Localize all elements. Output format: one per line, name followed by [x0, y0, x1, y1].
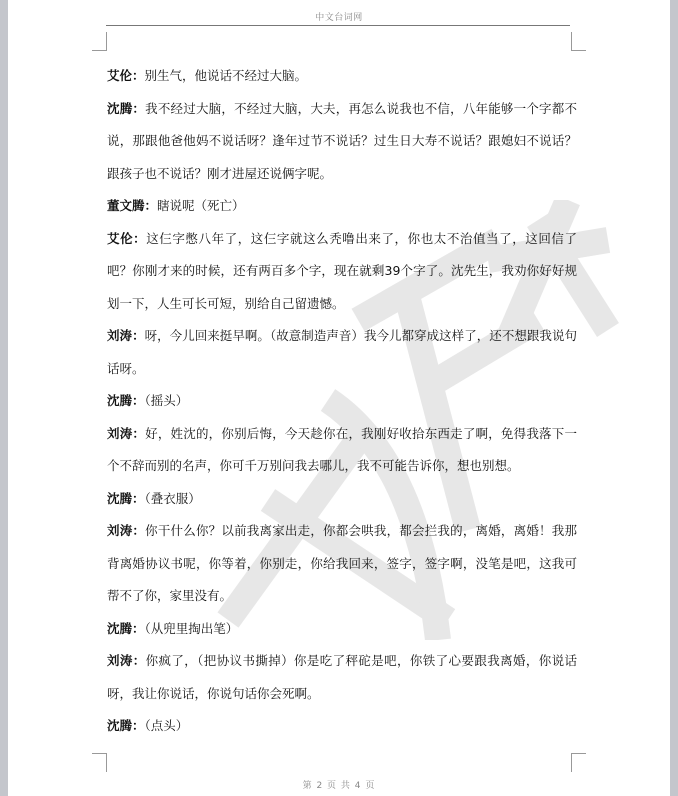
dialogue-line: 董文腾：瞎说呢（死亡） — [107, 190, 577, 223]
dialogue-text: 你干什么你？以前我离家出走，你都会哄我，都会拦我的，离婚，离婚！我那背离婚协议书… — [107, 523, 577, 603]
dialogue-line: 艾伦：这仨字憋八年了，这仨字就这么秃噜出来了，你也太不治值当了，这回信了吧？你刚… — [107, 223, 577, 321]
speaker-name: 艾伦： — [107, 231, 146, 246]
margin-mark-top-right — [571, 32, 586, 51]
dialogue-line: 艾伦：别生气，他说话不经过大脑。 — [107, 60, 577, 93]
dialogue-text: （点头） — [145, 718, 189, 733]
dialogue-line: 刘涛：你干什么你？以前我离家出走，你都会哄我，都会拦我的，离婚，离婚！我那背离婚… — [107, 515, 577, 613]
speaker-name: 刘涛： — [107, 653, 146, 668]
page-header-title: 中文台词网 — [8, 10, 670, 23]
dialogue-text: 好，姓沈的，你别后悔，今天趁你在，我刚好收拾东西走了啊，免得我落下一个不辞而别的… — [107, 426, 577, 474]
margin-mark-bottom-left — [92, 753, 107, 772]
document-body: 艾伦：别生气，他说话不经过大脑。 沈腾：我不经过大脑，不经过大脑，大夫，再怎么说… — [107, 60, 577, 743]
dialogue-text: 呀，今儿回来挺早啊。（故意制造声音）我今儿都穿成这样了，还不想跟我说句话呀。 — [107, 328, 577, 376]
dialogue-line: 沈腾：（叠衣服） — [107, 483, 577, 516]
speaker-name: 刘涛： — [107, 523, 145, 538]
dialogue-line: 刘涛：你疯了，（把协议书撕掉）你是吃了秤砣是吧，你铁了心要跟我离婚，你说话呀，我… — [107, 645, 577, 710]
dialogue-text: 你疯了，（把协议书撕掉）你是吃了秤砣是吧，你铁了心要跟我离婚，你说话呀，我让你说… — [107, 653, 577, 701]
speaker-name: 艾伦： — [107, 68, 145, 83]
dialogue-text: （摇头） — [145, 393, 189, 408]
margin-mark-top-left — [92, 32, 107, 51]
speaker-name: 刘涛： — [107, 328, 145, 343]
header-divider — [106, 25, 570, 26]
speaker-name: 沈腾： — [107, 621, 145, 636]
dialogue-line: 沈腾：（摇头） — [107, 385, 577, 418]
speaker-name: 沈腾： — [107, 101, 145, 116]
dialogue-text: （从兜里掏出笔） — [145, 621, 239, 636]
page-footer-pagination: 第 2 页 共 4 页 — [8, 778, 670, 791]
dialogue-text: 别生气，他说话不经过大脑。 — [145, 68, 308, 83]
dialogue-text: （叠衣服） — [145, 491, 201, 506]
dialogue-line: 刘涛：好，姓沈的，你别后悔，今天趁你在，我刚好收拾东西走了啊，免得我落下一个不辞… — [107, 418, 577, 483]
dialogue-text: 瞎说呢（死亡） — [157, 198, 245, 213]
margin-mark-bottom-right — [571, 753, 586, 772]
dialogue-text: 这仨字憋八年了，这仨字就这么秃噜出来了，你也太不治值当了，这回信了吧？你刚才来的… — [107, 231, 577, 311]
dialogue-line: 沈腾：我不经过大脑，不经过大脑，大夫，再怎么说我也不信，八年能够一个字都不说，那… — [107, 93, 577, 191]
dialogue-line: 沈腾：（点头） — [107, 710, 577, 743]
dialogue-line: 沈腾：（从兜里掏出笔） — [107, 613, 577, 646]
dialogue-text: 我不经过大脑，不经过大脑，大夫，再怎么说我也不信，八年能够一个字都不说，那跟他爸… — [107, 101, 577, 181]
dialogue-line: 刘涛：呀，今儿回来挺早啊。（故意制造声音）我今儿都穿成这样了，还不想跟我说句话呀… — [107, 320, 577, 385]
document-page: 中文台词网 艾伦：别生气，他说话不经过大脑。 沈腾：我不经过大脑，不经过大脑，大… — [8, 0, 670, 796]
speaker-name: 沈腾： — [107, 718, 145, 733]
speaker-name: 董文腾： — [107, 198, 157, 213]
speaker-name: 刘涛： — [107, 426, 145, 441]
speaker-name: 沈腾： — [107, 393, 145, 408]
speaker-name: 沈腾： — [107, 491, 145, 506]
